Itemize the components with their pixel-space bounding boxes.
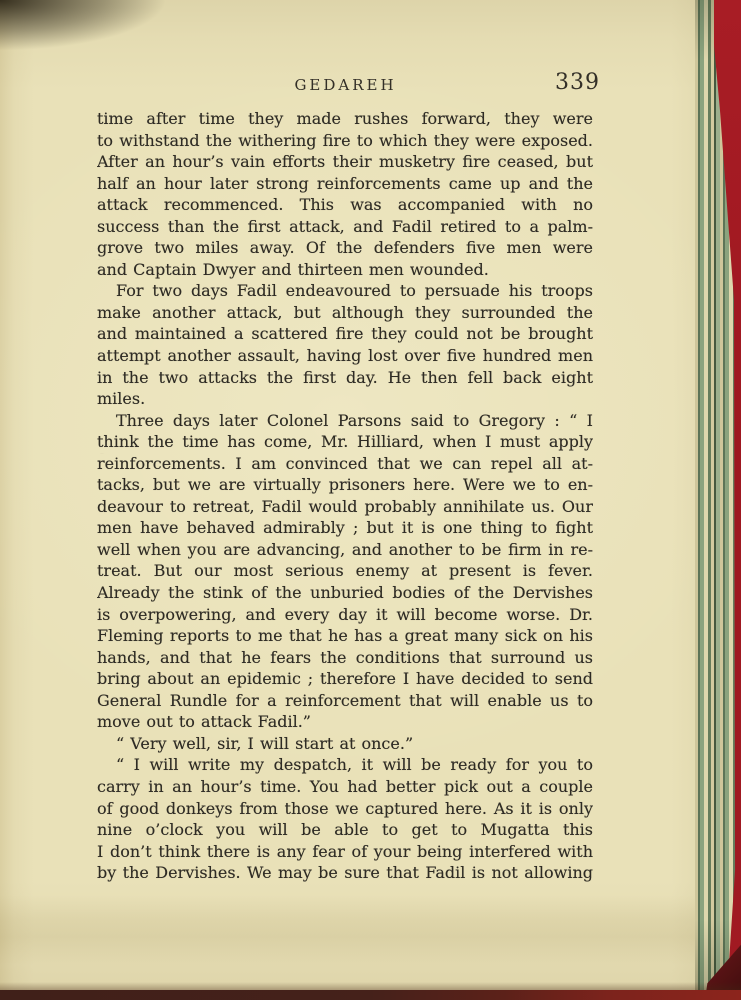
text-line: grove two miles away. Of the defenders f… bbox=[97, 238, 593, 260]
text-line: carry in an hour’s time. You had better … bbox=[97, 777, 593, 799]
text-line: to withstand the withering fire to which… bbox=[97, 131, 593, 153]
text-line: in the two attacks the first day. He the… bbox=[97, 368, 593, 390]
text-line: For two days Fadil endeavoured to persua… bbox=[97, 281, 593, 303]
running-header: GEDAREH 339 bbox=[97, 70, 594, 98]
text-line: After an hour’s vain efforts their muske… bbox=[97, 152, 593, 174]
text-line: Three days later Colonel Parsons said to… bbox=[97, 411, 593, 433]
text-line: of good donkeys from those we captured h… bbox=[97, 799, 593, 821]
paragraph: “ Very well, sir, I will start at once.” bbox=[97, 734, 593, 756]
text-line: and Captain Dwyer and thirteen men wound… bbox=[97, 260, 593, 282]
bottom-cover-strip bbox=[0, 990, 741, 1000]
text-line: success than the first attack, and Fadil… bbox=[97, 217, 593, 239]
chapter-title: GEDAREH bbox=[97, 76, 594, 94]
text-line: attack recommenced. This was accompanied… bbox=[97, 195, 593, 217]
text-line: is overpowering, and every day it will b… bbox=[97, 605, 593, 627]
text-line: treat. But our most serious enemy at pre… bbox=[97, 561, 593, 583]
text-line: move out to attack Fadil.” bbox=[97, 712, 593, 734]
paragraph: time after time they made rushes forward… bbox=[97, 109, 593, 281]
text-line: miles. bbox=[97, 389, 593, 411]
text-line: think the time has come, Mr. Hilliard, w… bbox=[97, 432, 593, 454]
text-line: make another attack, but although they s… bbox=[97, 303, 593, 325]
text-line: Already the stink of the unburied bodies… bbox=[97, 583, 593, 605]
text-line: well when you are advancing, and another… bbox=[97, 540, 593, 562]
scan-shading-band bbox=[0, 895, 741, 965]
text-line: reinforcements. I am convinced that we c… bbox=[97, 454, 593, 476]
text-line: Fleming reports to me that he has a grea… bbox=[97, 626, 593, 648]
text-line: deavour to retreat, Fadil would probably… bbox=[97, 497, 593, 519]
page-number: 339 bbox=[555, 70, 600, 95]
text-line: nine o’clock you will be able to get to … bbox=[97, 820, 593, 842]
text-line: attempt another assault, having lost ove… bbox=[97, 346, 593, 368]
text-line: General Rundle for a reinforcement that … bbox=[97, 691, 593, 713]
text-line: and maintained a scattered fire they cou… bbox=[97, 324, 593, 346]
text-line: by the Dervishes. We may be sure that Fa… bbox=[97, 863, 593, 885]
paragraph: Three days later Colonel Parsons said to… bbox=[97, 411, 593, 734]
text-line: “ I will write my despatch, it will be r… bbox=[97, 755, 593, 777]
text-block: time after time they made rushes forward… bbox=[97, 109, 593, 885]
text-line: bring about an epidemic ; therefore I ha… bbox=[97, 669, 593, 691]
text-line: hands, and that he fears the conditions … bbox=[97, 648, 593, 670]
paragraph: “ I will write my despatch, it will be r… bbox=[97, 755, 593, 884]
paragraph: For two days Fadil endeavoured to persua… bbox=[97, 281, 593, 410]
text-line: “ Very well, sir, I will start at once.” bbox=[97, 734, 593, 756]
book-page-scan: GEDAREH 339 time after time they made ru… bbox=[0, 0, 741, 1000]
text-line: time after time they made rushes forward… bbox=[97, 109, 593, 131]
text-line: tacks, but we are virtually prisoners he… bbox=[97, 475, 593, 497]
bottom-edge-shadow bbox=[0, 982, 741, 990]
text-line: I don’t think there is any fear of your … bbox=[97, 842, 593, 864]
text-line: half an hour later strong reinforcements… bbox=[97, 174, 593, 196]
text-line: men have behaved admirably ; but it is o… bbox=[97, 518, 593, 540]
